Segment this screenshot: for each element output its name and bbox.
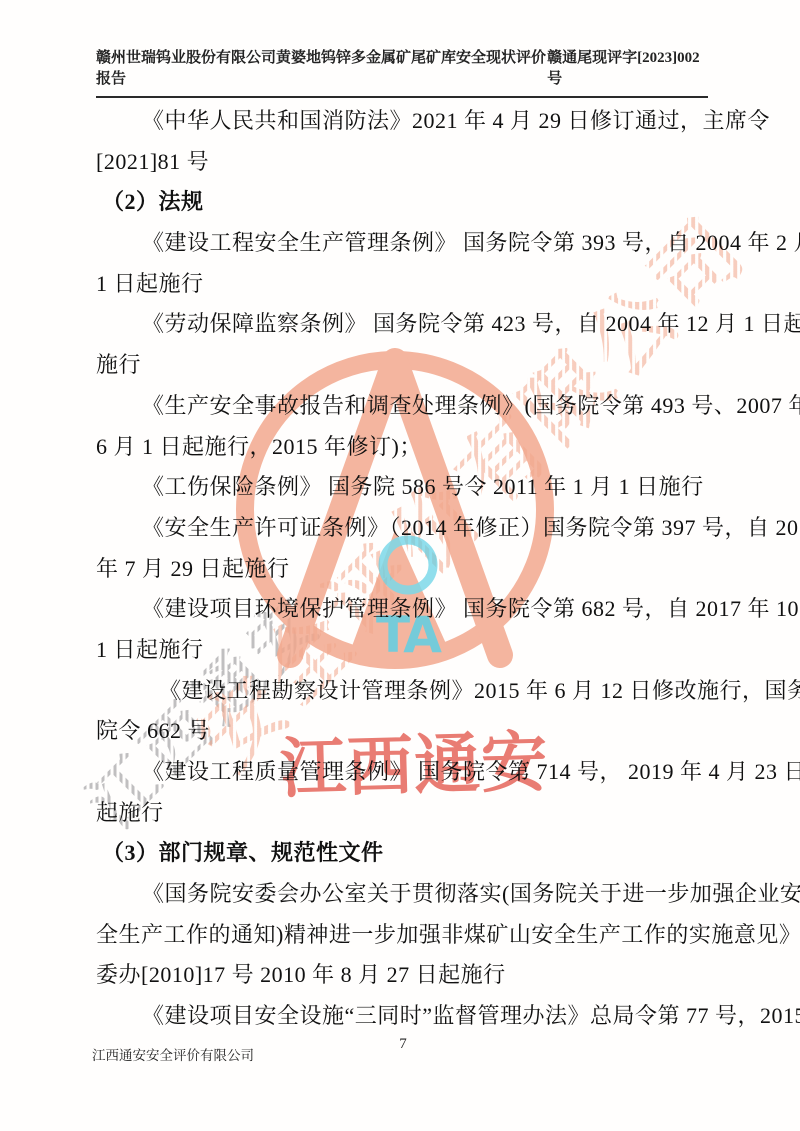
body-line: 《国务院安委会办公室关于贯彻落实(国务院关于进一步加强企业安 [96, 880, 712, 921]
body-line: 1 日起施行 [96, 636, 712, 677]
body-line: 《劳动保障监察条例》 国务院令第 423 号，自 2004 年 12 月 1 日… [96, 310, 712, 351]
section-heading: （2）法规 [96, 188, 712, 229]
body-line: [2021]81 号 [96, 148, 712, 189]
body-line: 《安全生产许可证条例》（2014 年修正）国务院令第 397 号，自 2014 [96, 514, 712, 555]
body-line: 《中华人民共和国消防法》2021 年 4 月 29 日修订通过，主席令 [96, 107, 712, 148]
body-lines: 《中华人民共和国消防法》2021 年 4 月 29 日修订通过，主席令[2021… [96, 107, 712, 1043]
body-line: 院令 662 号 [96, 717, 712, 758]
body-line: 《建设工程安全生产管理条例》 国务院令第 393 号，自 2004 年 2 月 [96, 229, 712, 270]
body-line: 施行 [96, 351, 712, 392]
page-number: 7 [96, 1036, 710, 1053]
body-line: 年 7 月 29 日起施行 [96, 555, 712, 596]
page-header: 赣州世瑞钨业股份有限公司黄婆地钨锌多金属矿尾矿库安全现状评价报告 赣通尾现评字[… [96, 46, 708, 98]
body-line: 《建设项目环境保护管理条例》 国务院令第 682 号，自 2017 年 10 月 [96, 595, 712, 636]
document-page: 江西通安 安全评价有限公司 TA 江西通安 赣州世瑞钨业股份有限公司黄婆地钨锌多… [0, 0, 800, 1131]
header-report-title: 赣州世瑞钨业股份有限公司黄婆地钨锌多金属矿尾矿库安全现状评价报告 [96, 46, 547, 88]
body-line: 委办[2010]17 号 2010 年 8 月 27 日起施行 [96, 961, 712, 1002]
body-line: 《生产安全事故报告和调查处理条例》(国务院令第 493 号、2007 年 [96, 392, 712, 433]
body-line: 起施行 [96, 799, 712, 840]
body-line: 6 月 1 日起施行，2015 年修订)； [96, 433, 712, 474]
body-line: 1 日起施行 [96, 270, 712, 311]
header-doc-number: 赣通尾现评字[2023]002 号 [547, 46, 708, 88]
body-line: 《建设工程质量管理条例》 国务院令第 714 号， 2019 年 4 月 23 … [96, 758, 712, 799]
body-line: 《工伤保险条例》 国务院 586 号令 2011 年 1 月 1 日施行 [96, 473, 712, 514]
section-heading: （3）部门规章、规范性文件 [96, 839, 712, 880]
body-line: 《建设工程勘察设计管理条例》2015 年 6 月 12 日修改施行，国务 [96, 677, 712, 718]
body-line: 全生产工作的通知)精神进一步加强非煤矿山安全生产工作的实施意见》安 [96, 921, 712, 962]
